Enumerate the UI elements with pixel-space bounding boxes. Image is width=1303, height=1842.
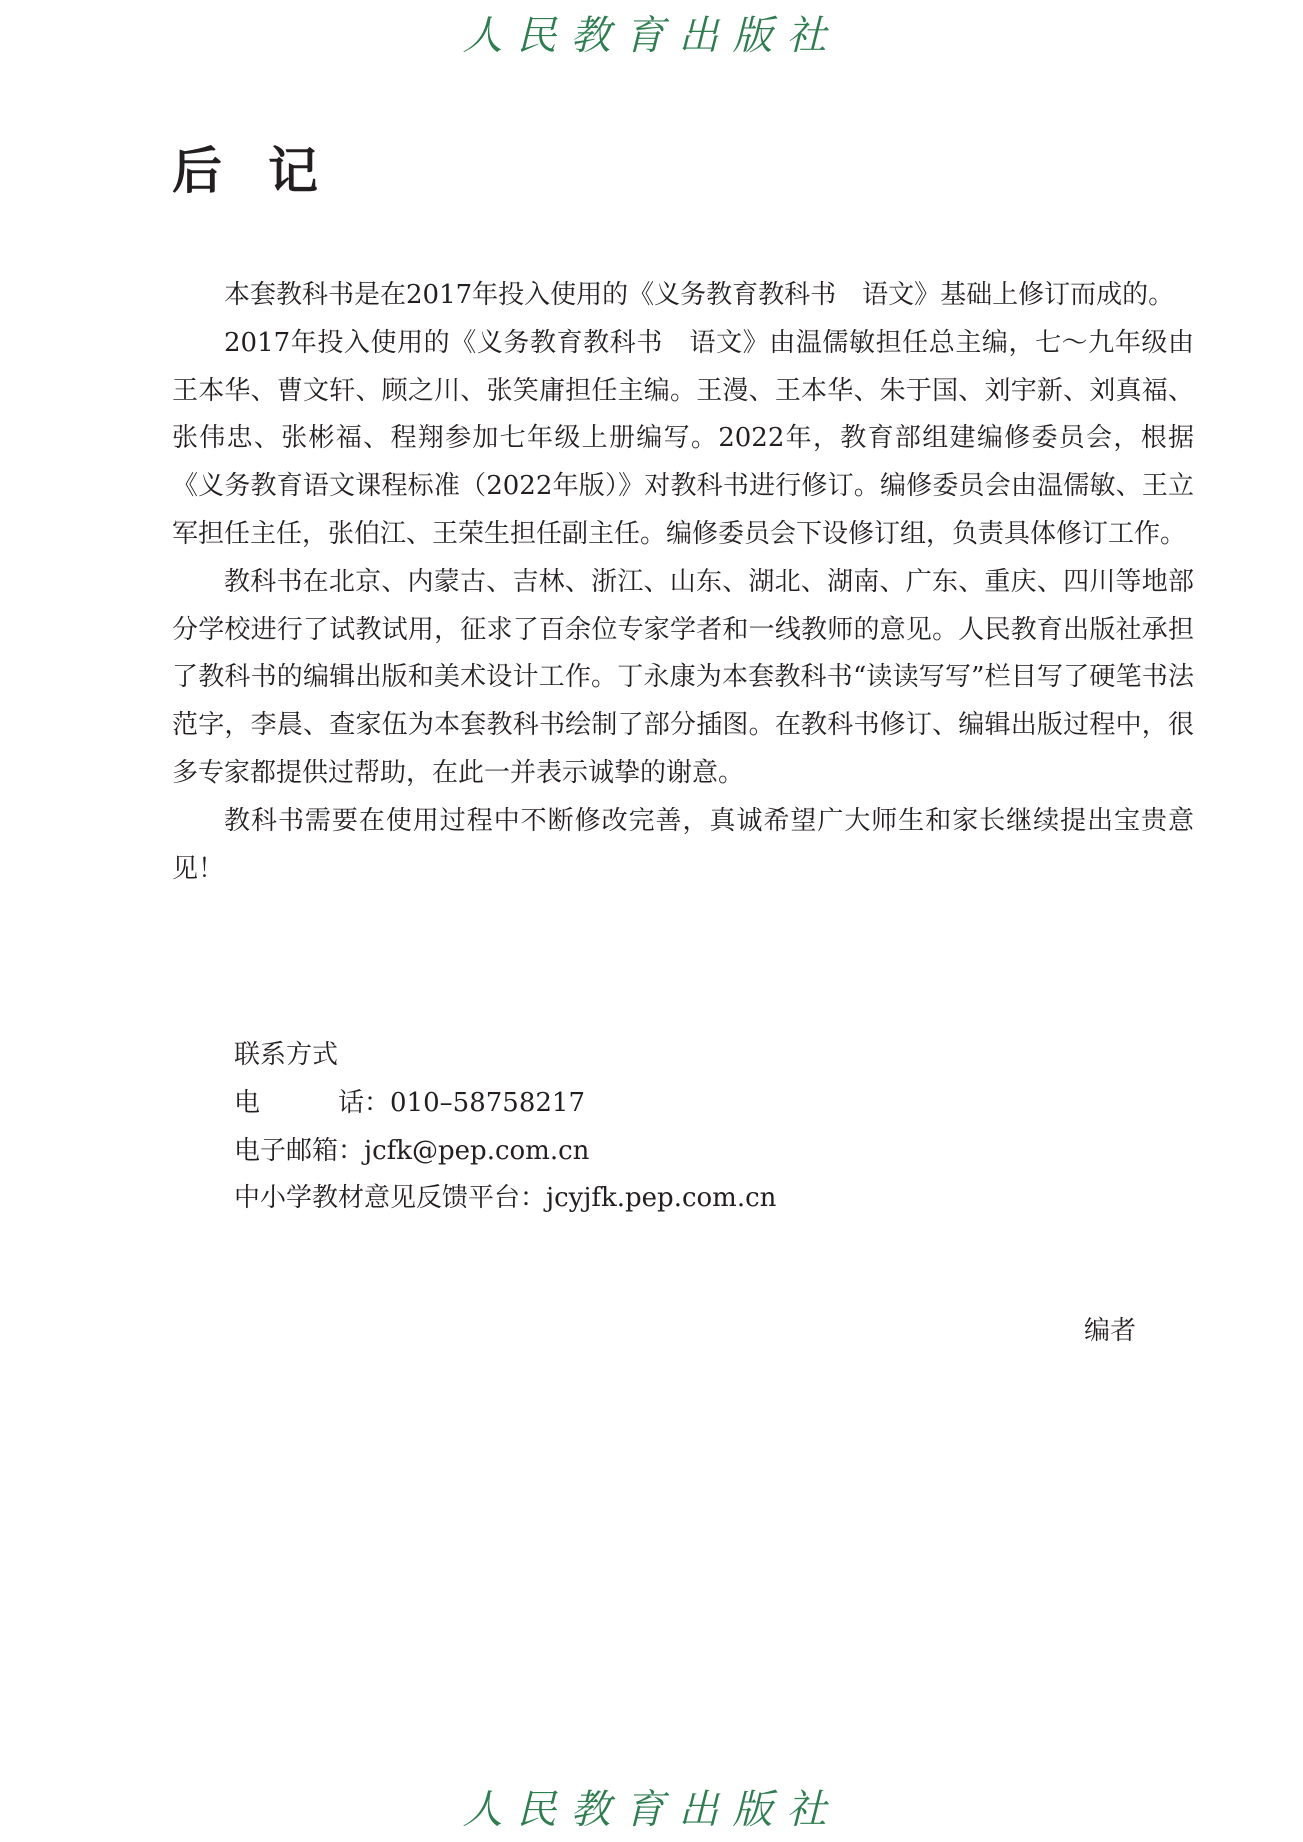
contact-heading: 联系方式 <box>234 1032 776 1080</box>
contact-feedback-platform: 中小学教材意见反馈平台：jcyjfk.pep.com.cn <box>234 1175 776 1223</box>
publisher-logo-header: 人民教育出版社 <box>0 16 1303 56</box>
paragraph-editors: 2017年投入使用的《义务教育教科书 语文》由温儒敏担任总主编，七～九年级由王本… <box>172 320 1194 559</box>
paragraph-feedback-request: 教科书需要在使用过程中不断修改完善，真诚希望广大师生和家长继续提出宝贵意见！ <box>172 798 1194 894</box>
afterword-body: 本套教科书是在2017年投入使用的《义务教育教科书 语文》基础上修订而成的。 2… <box>172 272 1194 893</box>
contact-email: 电子邮箱：jcfk@pep.com.cn <box>234 1128 776 1176</box>
signature: 编者 <box>1084 1318 1136 1344</box>
feedback-label: 中小学教材意见反馈平台： <box>234 1183 546 1213</box>
page-title: 后记 <box>172 146 364 196</box>
paragraph-revision-basis: 本套教科书是在2017年投入使用的《义务教育教科书 语文》基础上修订而成的。 <box>172 272 1194 320</box>
feedback-platform-link[interactable]: jcyjfk.pep.com.cn <box>546 1183 776 1213</box>
paragraph-trial-and-thanks: 教科书在北京、内蒙古、吉林、浙江、山东、湖北、湖南、广东、重庆、四川等地部分学校… <box>172 559 1194 798</box>
phone-label-part1: 电 <box>234 1088 260 1118</box>
phone-value: 010–58758217 <box>390 1088 585 1118</box>
phone-label-part2: 话： <box>338 1088 390 1118</box>
email-link[interactable]: jcfk@pep.com.cn <box>364 1136 589 1166</box>
email-label: 电子邮箱： <box>234 1136 364 1166</box>
publisher-logo-footer: 人民教育出版社 <box>0 1790 1303 1830</box>
contact-phone: 电话：010–58758217 <box>234 1080 776 1128</box>
contact-info: 联系方式 电话：010–58758217 电子邮箱：jcfk@pep.com.c… <box>234 1032 776 1223</box>
